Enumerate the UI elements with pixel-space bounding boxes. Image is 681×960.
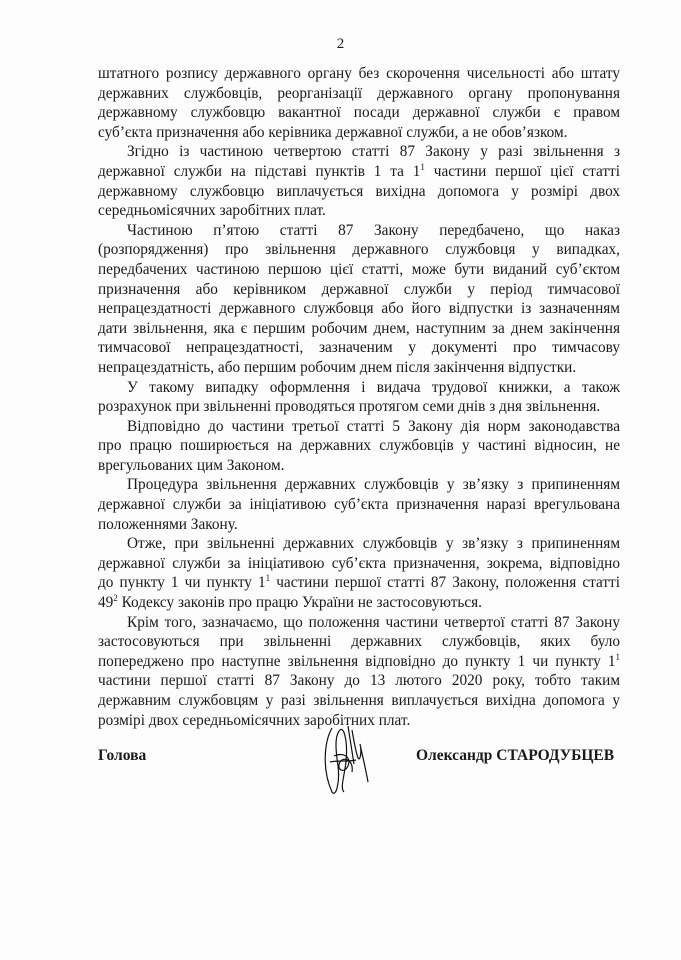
text-line: 492 Кодексу законів про працю України не… [98, 593, 620, 613]
text-segment: державної служби на підставі пунктів 1 т… [98, 163, 420, 180]
text-line: непрацездатності державного службовця аб… [98, 299, 620, 319]
text-line: тимчасової непрацездатності, зазначеним … [98, 338, 620, 358]
text-line: Згідно із частиною четвертою статті 87 З… [98, 142, 620, 162]
text-line: попереджено про наступне звільнення відп… [98, 652, 620, 672]
text-segment: Кодексу законів про працю України не зас… [118, 594, 482, 611]
text-line: Крім того, зазначаємо, що положення част… [98, 613, 620, 633]
text-line: Відповідно до частини третьої статті 5 З… [98, 417, 620, 437]
text-segment: попереджено про наступне звільнення відп… [98, 653, 616, 670]
text-line: застосовуються при звільненні державних … [98, 632, 620, 652]
superscript: 1 [616, 652, 621, 662]
paragraph: Процедура звільнення державних службовці… [98, 475, 620, 534]
paragraph: Частиною п’ятою статті 87 Закону передба… [98, 221, 620, 378]
signatory-title: Голова [98, 747, 146, 765]
paragraph: штатного розпису державного органу без с… [98, 64, 620, 142]
signatory-name: Олександр СТАРОДУБЦЕВ [416, 747, 614, 765]
paragraph: Відповідно до частини третьої статті 5 З… [98, 417, 620, 476]
page-number: 2 [0, 36, 681, 53]
text-line: У такому випадку оформлення і видача тру… [98, 378, 620, 398]
text-line: дати звільнення, яка є першим робочим дн… [98, 319, 620, 339]
text-line: Отже, при звільненні державних службовці… [98, 534, 620, 554]
text-line: до пункту 1 чи пункту 11 частини першої … [98, 573, 620, 593]
text-line: державної служби за ініціативою суб’єкта… [98, 554, 620, 574]
text-line: суб’єкта призначення або керівника держа… [98, 123, 620, 143]
text-line: Процедура звільнення державних службовці… [98, 475, 620, 495]
text-line: (розпорядження) про звільнення державног… [98, 240, 620, 260]
text-line: розрахунок при звільненні проводяться пр… [98, 397, 620, 417]
document-page: 2 штатного розпису державного органу без… [0, 0, 681, 960]
paragraph: У такому випадку оформлення і видача тру… [98, 378, 620, 417]
text-line: середньомісячних заробітних плат. [98, 201, 620, 221]
text-segment: частини першої цієї статті [425, 163, 620, 180]
signature-block: Голова Олександр СТАРОДУБЦЕВ [98, 728, 638, 818]
text-line: призначення або керівником державної слу… [98, 280, 620, 300]
text-line: державних службовців, реорганізації держ… [98, 84, 620, 104]
paragraph: Крім того, зазначаємо, що положення част… [98, 613, 620, 731]
text-line: Частиною п’ятою статті 87 Закону передба… [98, 221, 620, 241]
text-segment: до пункту 1 чи пункту 1 [98, 574, 266, 591]
text-line: державної служби за ініціативою суб’єкта… [98, 495, 620, 515]
text-line: державної служби на підставі пунктів 1 т… [98, 162, 620, 182]
text-line: врегульованих цим Законом. [98, 456, 620, 476]
text-line: частини першої статті 87 Закону до 13 лю… [98, 671, 620, 691]
text-line: непрацездатність, або першим робочим дне… [98, 358, 620, 378]
handwritten-signature-icon [318, 722, 374, 800]
text-segment: 49 [98, 594, 113, 611]
text-line: положеннями Закону. [98, 515, 620, 535]
text-line: державним службовцям у разі звільнення в… [98, 691, 620, 711]
document-body: штатного розпису державного органу без с… [98, 64, 620, 730]
text-line: передбачених частиною першою цієї статті… [98, 260, 620, 280]
text-segment: частини першої статті 87 Закону, положен… [270, 574, 620, 591]
text-line: державному службовцю вакантної посади де… [98, 103, 620, 123]
paragraph: Згідно із частиною четвертою статті 87 З… [98, 142, 620, 220]
text-line: державному службовцю виплачується вихідн… [98, 182, 620, 202]
text-line: штатного розпису державного органу без с… [98, 64, 620, 84]
text-line: про працю поширюється на державних служб… [98, 436, 620, 456]
paragraph: Отже, при звільненні державних службовці… [98, 534, 620, 612]
